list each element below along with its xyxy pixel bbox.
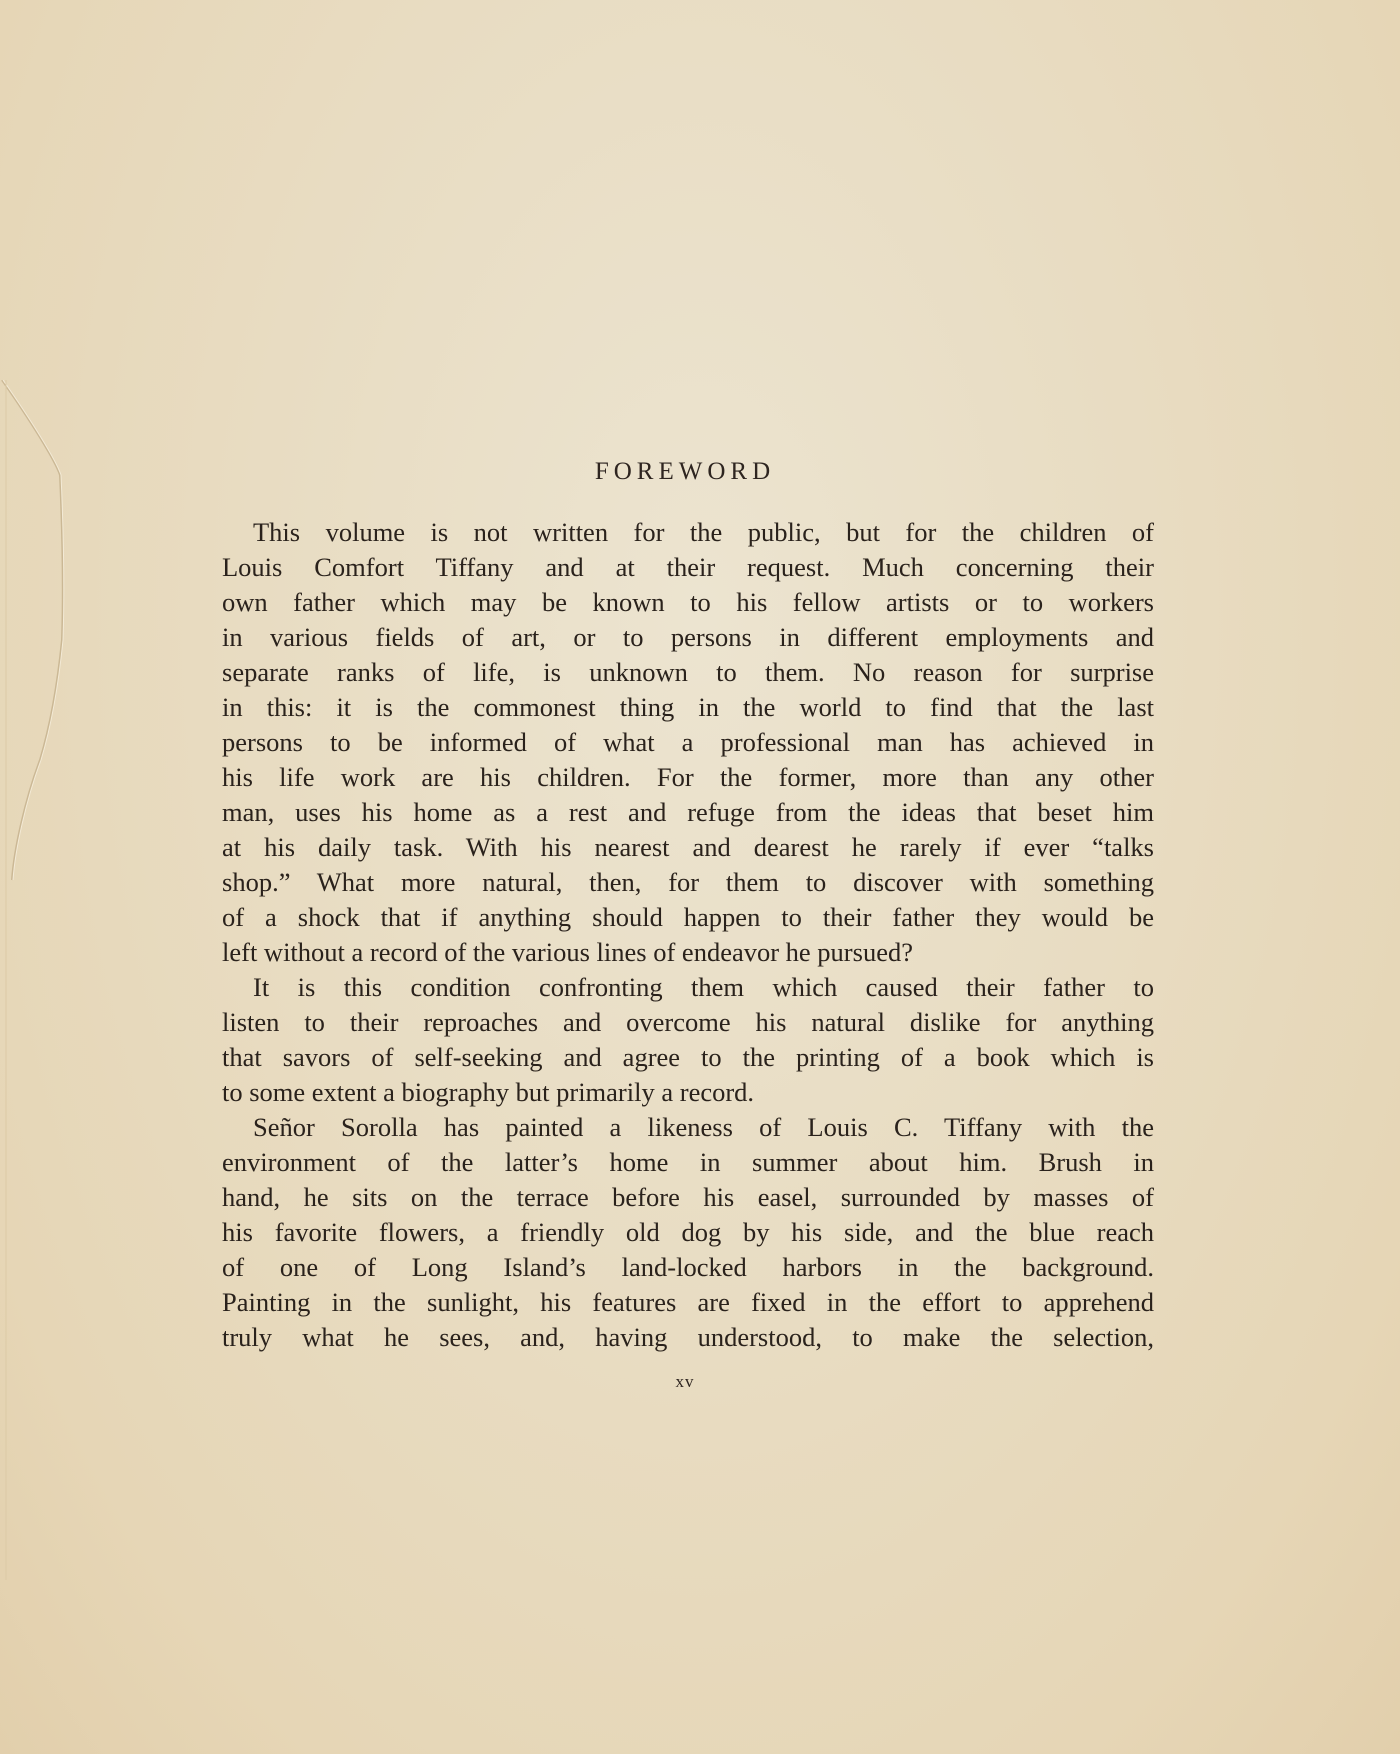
- text-line: in this: it is the commonest thing in th…: [222, 690, 1154, 725]
- page-title: FOREWORD: [0, 458, 1370, 486]
- text-line: in various fields of art, or to persons …: [222, 620, 1154, 655]
- text-line: Louis Comfort Tiffany and at their reque…: [222, 550, 1154, 585]
- text-line: at his daily task. With his nearest and …: [222, 830, 1154, 865]
- text-line: shop.” What more natural, then, for them…: [222, 865, 1154, 900]
- text-line: persons to be informed of what a profess…: [222, 725, 1154, 760]
- text-line: of one of Long Island’s land-locked harb…: [222, 1250, 1154, 1285]
- text-line: It is this condition confronting them wh…: [222, 970, 1154, 1005]
- text-line: separate ranks of life, is unknown to th…: [222, 655, 1154, 690]
- text-line: man, uses his home as a rest and refuge …: [222, 795, 1154, 830]
- text-line: his favorite flowers, a friendly old dog…: [222, 1215, 1154, 1250]
- text-line: Señor Sorolla has painted a likeness of …: [222, 1110, 1154, 1145]
- text-line: hand, he sits on the terrace before his …: [222, 1180, 1154, 1215]
- foreword-body: This volume is not written for the publi…: [222, 515, 1154, 1355]
- text-line: his life work are his children. For the …: [222, 760, 1154, 795]
- text-line: This volume is not written for the publi…: [222, 515, 1154, 550]
- text-line: own father which may be known to his fel…: [222, 585, 1154, 620]
- text-line: environment of the latter’s home in summ…: [222, 1145, 1154, 1180]
- text-line: listen to their reproaches and overcome …: [222, 1005, 1154, 1040]
- book-page: FOREWORD This volume is not written for …: [0, 0, 1400, 1754]
- text-line: of a shock that if anything should happe…: [222, 900, 1154, 935]
- text-line: to some extent a biography but primarily…: [222, 1075, 1154, 1110]
- text-line: left without a record of the various lin…: [222, 935, 1154, 970]
- text-line: Painting in the sunlight, his features a…: [222, 1285, 1154, 1320]
- text-line: truly what he sees, and, having understo…: [222, 1320, 1154, 1355]
- text-line: that savors of self-seeking and agree to…: [222, 1040, 1154, 1075]
- page-number: xv: [0, 1372, 1370, 1392]
- paper-crease-mark: [0, 380, 120, 1580]
